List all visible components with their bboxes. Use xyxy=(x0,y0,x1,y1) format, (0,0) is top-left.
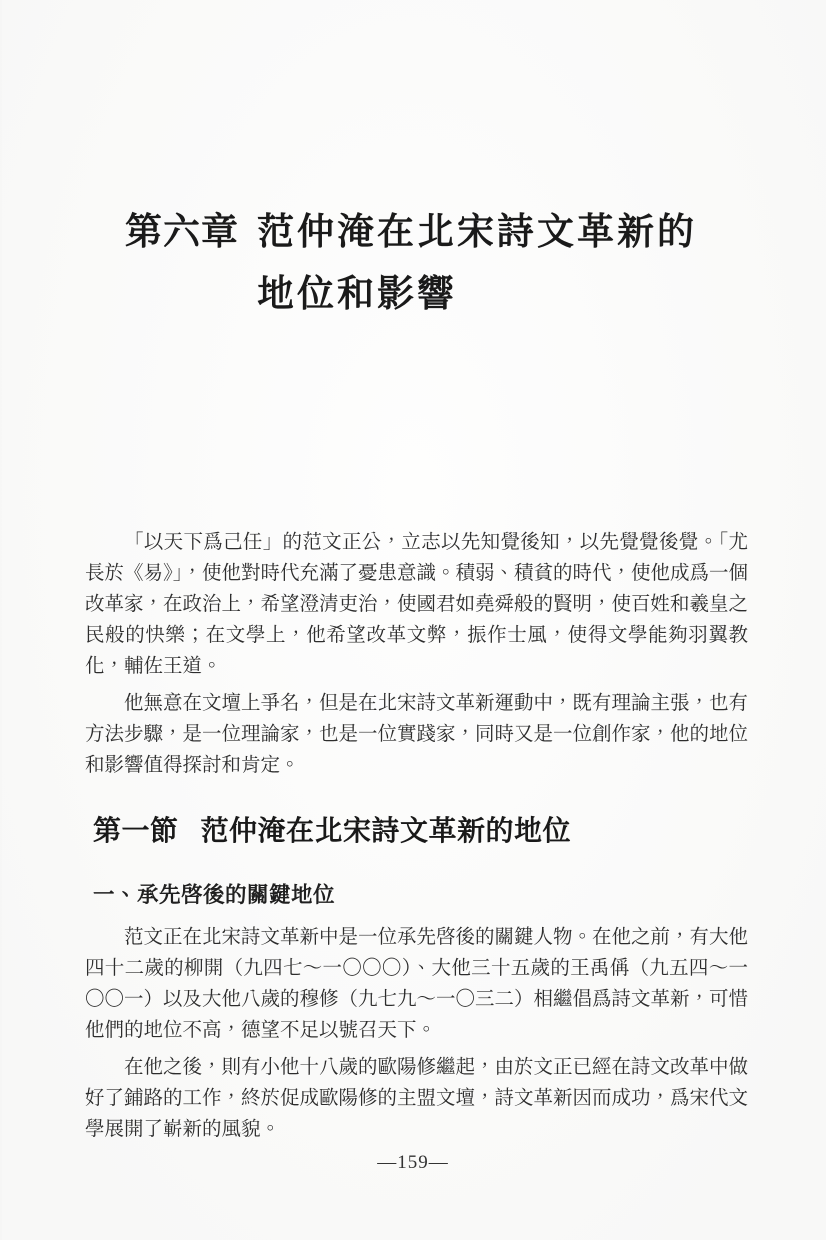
intro-paragraphs: 「以天下爲己任」的范文正公，立志以先知覺後知，以先覺覺後覺。「尤長於《易》」，使… xyxy=(85,527,748,781)
paragraph: 他無意在文壇上爭名，但是在北宋詩文革新運動中，既有理論主張，也有方法步驟，是一位… xyxy=(85,688,748,781)
chapter-title-line2: 地位和影響 xyxy=(257,274,457,315)
chapter-heading: 第六章 范仲淹在北宋詩文革新的 地位和影響 xyxy=(125,202,697,326)
section-title: 范仲淹在北宋詩文革新的地位 xyxy=(201,812,572,852)
page-number: —159— xyxy=(0,1152,826,1174)
section-paragraphs: 范文正在北宋詩文革新中是一位承先啓後的關鍵人物。在他之前，有大他四十二歲的柳開（… xyxy=(85,922,748,1145)
chapter-number: 第六章 xyxy=(125,202,239,264)
section-heading: 第一節 范仲淹在北宋詩文革新的地位 xyxy=(93,812,571,852)
paragraph: 「以天下爲己任」的范文正公，立志以先知覺後知，以先覺覺後覺。「尤長於《易》」，使… xyxy=(85,527,748,682)
subsection-title: 一、承先啓後的關鍵地位 xyxy=(93,880,335,910)
paragraph: 在他之後，則有小他十八歲的歐陽修繼起，由於文正已經在詩文改革中做好了鋪路的工作，… xyxy=(85,1052,748,1145)
book-page: 第六章 范仲淹在北宋詩文革新的 地位和影響 「以天下爲己任」的范文正公，立志以先… xyxy=(0,0,826,1240)
paragraph: 范文正在北宋詩文革新中是一位承先啓後的關鍵人物。在他之前，有大他四十二歲的柳開（… xyxy=(85,922,748,1046)
chapter-title-line1: 范仲淹在北宋詩文革新的 xyxy=(257,212,697,253)
section-number: 第一節 xyxy=(93,812,179,852)
chapter-title: 范仲淹在北宋詩文革新的 地位和影響 xyxy=(257,202,697,326)
